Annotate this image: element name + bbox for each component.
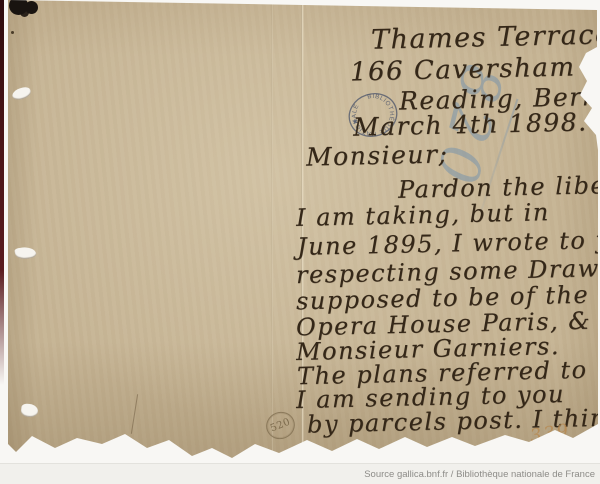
paper-hole bbox=[20, 403, 38, 418]
ink-blot bbox=[9, 0, 28, 15]
letter-line: Thames Terrace bbox=[371, 19, 600, 55]
paper-hole bbox=[14, 245, 37, 260]
letter-line: Monsieur; bbox=[306, 139, 449, 171]
paper-hole bbox=[11, 86, 32, 101]
round-numeral-stamp: 520 bbox=[262, 408, 299, 444]
attribution-bar: Source gallica.bnf.fr / Bibliothèque nat… bbox=[0, 463, 600, 484]
fold-crease-faint bbox=[271, 0, 273, 462]
binding-edge bbox=[0, 0, 4, 385]
paper-crack bbox=[131, 394, 138, 434]
letter-line: March 4th 1898. bbox=[353, 107, 588, 141]
round-stamp-number: 520 bbox=[269, 417, 292, 435]
scan-background: 820 BIBLIOTHÈQUE NATIONALE ★ Thames Terr… bbox=[0, 0, 600, 484]
letter-line: I am taking, but in bbox=[296, 198, 550, 232]
ink-speck bbox=[11, 31, 14, 34]
letter-paper: 820 BIBLIOTHÈQUE NATIONALE ★ Thames Terr… bbox=[8, 0, 598, 462]
source-attribution: Source gallica.bnf.fr / Bibliothèque nat… bbox=[364, 469, 595, 480]
